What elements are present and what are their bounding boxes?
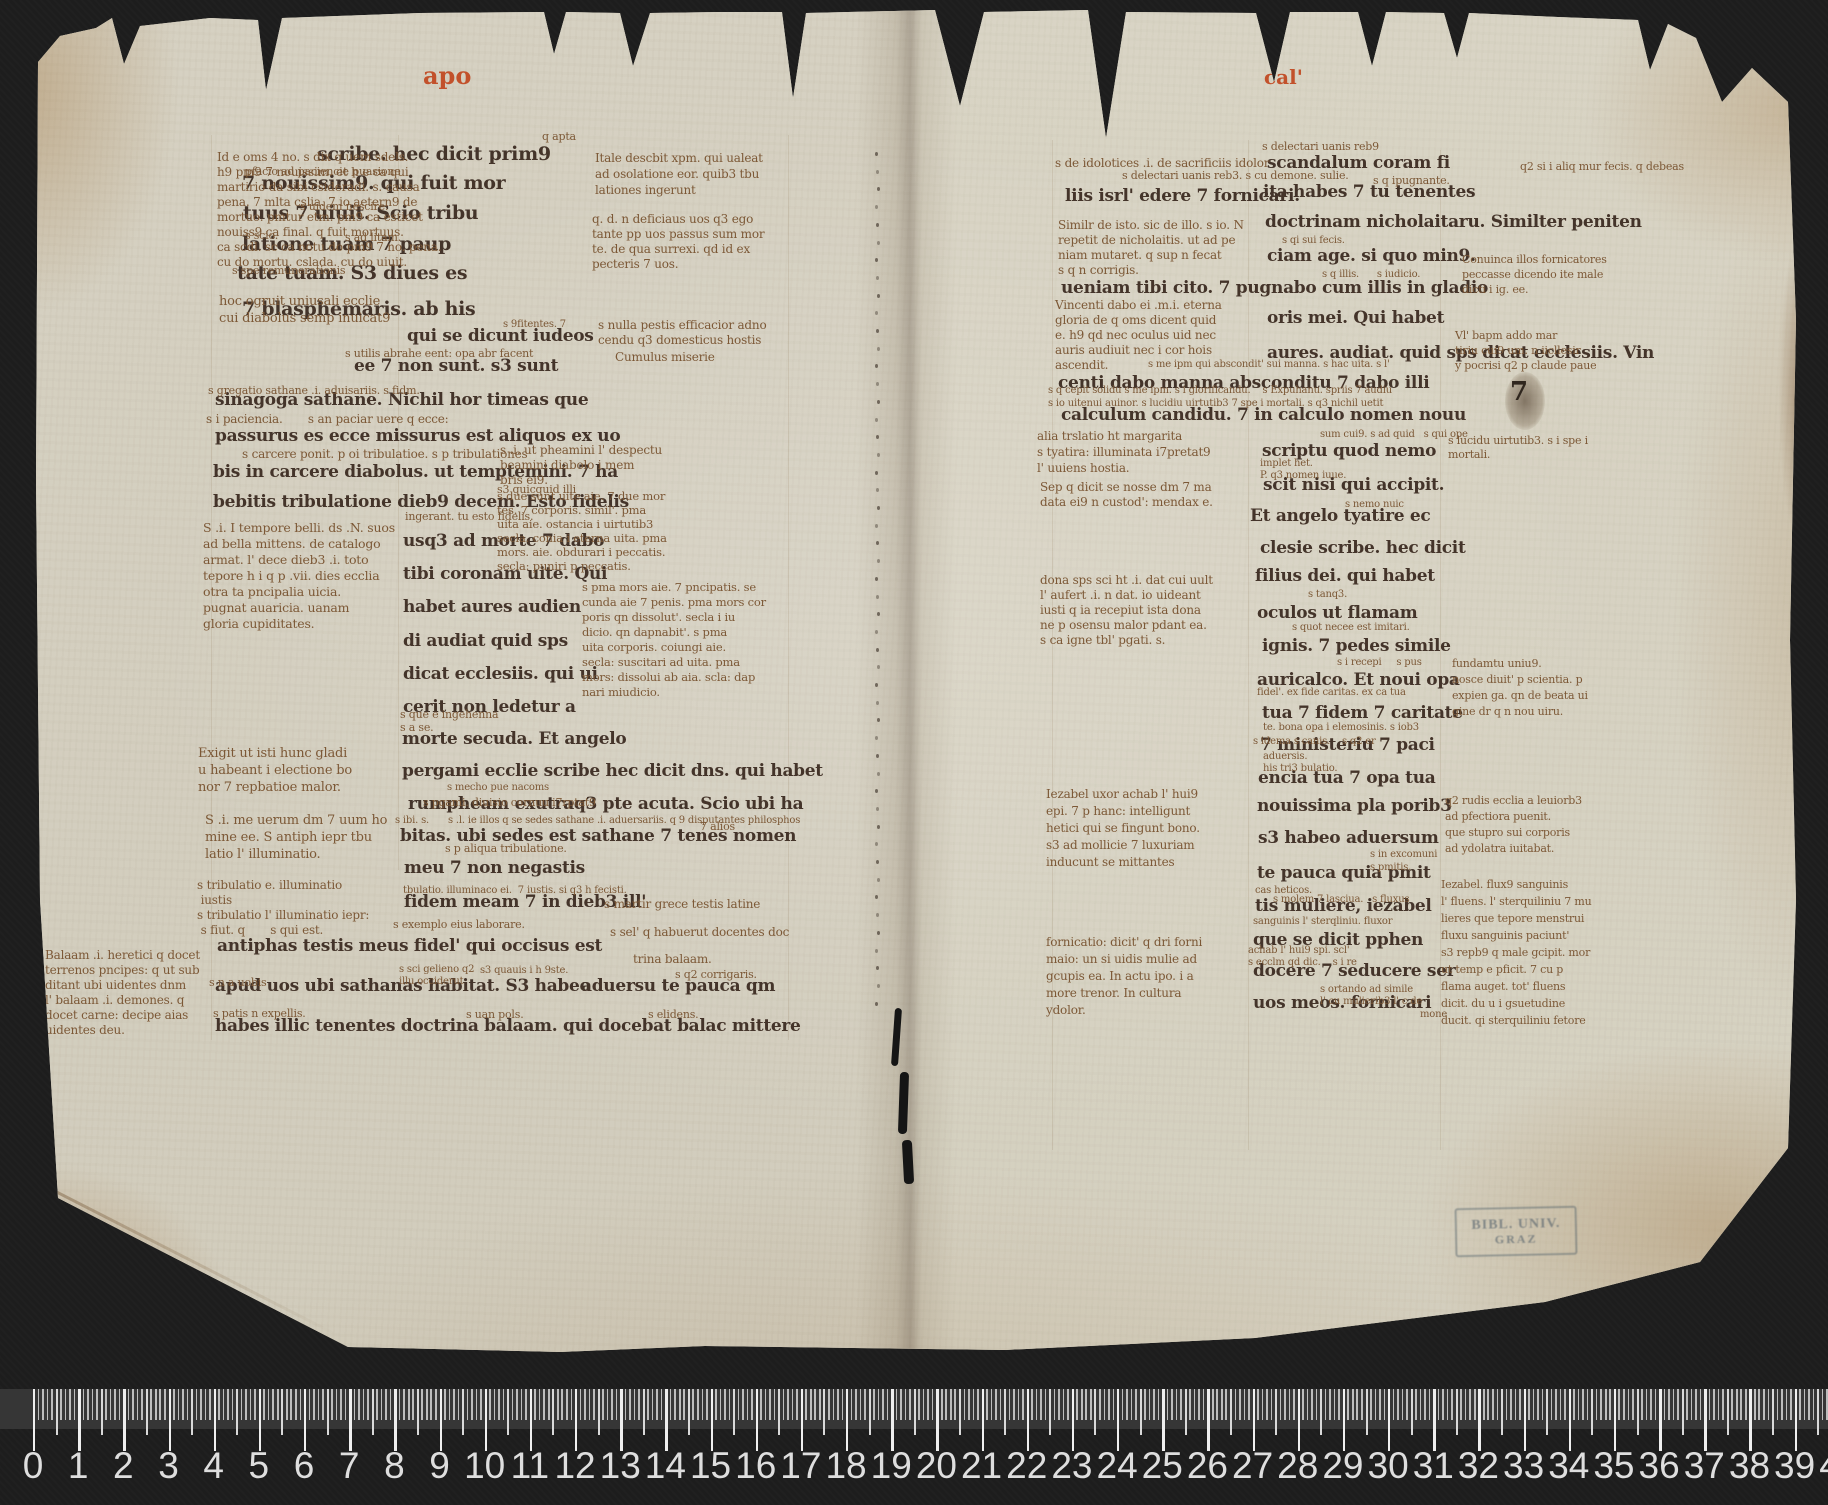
ruler-tick [1749, 1389, 1751, 1451]
ruler-tick [1465, 1389, 1467, 1420]
ruler-tick [290, 1389, 292, 1420]
ruler-tick [1248, 1389, 1250, 1420]
ruler-tick [837, 1389, 839, 1420]
ruler-tick [178, 1389, 180, 1420]
parchment-bifolium: BIBL. UNIV. GRAZ apocal'scribe. hec dici… [0, 0, 1828, 1505]
ruler-tick [1090, 1389, 1092, 1420]
ruler-tick [851, 1389, 853, 1420]
ruler-tick [281, 1389, 283, 1435]
pricking-dot [876, 807, 879, 811]
ruler-tick [774, 1389, 776, 1420]
ruler-tick [724, 1389, 726, 1420]
ruler-tick [1298, 1389, 1300, 1451]
ruler-tick [1483, 1389, 1485, 1420]
ruler-tick [941, 1389, 943, 1420]
ruler-tick [1203, 1389, 1205, 1420]
ruler-tick [336, 1389, 338, 1420]
ruler-tick [1772, 1389, 1774, 1435]
main-text-line: filius dei. qui habet [1255, 566, 1435, 586]
ruler-tick [1072, 1389, 1074, 1451]
ruler-tick [1171, 1389, 1173, 1420]
ruler-tick [1221, 1389, 1223, 1420]
ruler-tick [729, 1389, 731, 1420]
ruler-tick [1605, 1389, 1607, 1420]
ruler-number: 6 [294, 1445, 315, 1487]
ruler-tick [1275, 1389, 1277, 1435]
pricking-dot [877, 294, 880, 298]
ruler-tick [611, 1389, 613, 1420]
gloss-text: S .i. me uerum dm 7 uum ho mine ee. S an… [205, 812, 387, 863]
ruler-tick [1564, 1389, 1566, 1420]
ruler-tick [905, 1389, 907, 1420]
ruler-tick [1126, 1389, 1128, 1420]
ruler-tick [842, 1389, 844, 1420]
gloss-text: fundamtu uniu9. nosce diuit' p scientia.… [1452, 656, 1588, 720]
ruler-tick [1031, 1389, 1033, 1420]
ruler-tick [923, 1389, 925, 1420]
ruler-tick [1307, 1389, 1309, 1420]
pricking-dot [877, 772, 880, 776]
ruler-number: 37 [1684, 1445, 1725, 1487]
ruler-tick [1180, 1389, 1182, 1420]
ruler-tick [864, 1389, 866, 1420]
ruler-tick [1497, 1389, 1499, 1420]
ruler-tick [593, 1389, 595, 1420]
gloss-text: implet het. P. q3 nomen iuue. [1260, 458, 1346, 482]
gloss-text: Vl' bapm addo mar tiriu cui9 um. n iicll… [1455, 328, 1596, 373]
main-text-line: oris mei. Qui habet [1267, 308, 1444, 328]
ruler-number: 26 [1187, 1445, 1228, 1487]
ruler-tick [1506, 1389, 1508, 1420]
ruler-tick [1691, 1389, 1693, 1420]
ruler-tick [1216, 1389, 1218, 1420]
ruler-tick [760, 1389, 762, 1420]
ruler-tick [1280, 1389, 1282, 1420]
ruler-tick [1542, 1389, 1544, 1420]
ruler-number: 24 [1097, 1445, 1138, 1487]
ruler-number: 10 [464, 1445, 505, 1487]
gloss-text: fidel'. ex fide caritas. ex ca tua [1257, 686, 1406, 699]
ruler-number: 4 [203, 1445, 224, 1487]
ruler-tick [1582, 1389, 1584, 1420]
ruler-tick [372, 1389, 374, 1435]
ruler-tick [584, 1389, 586, 1420]
ruler-tick [259, 1389, 261, 1451]
ruler-tick [1176, 1389, 1178, 1420]
ruler-tick [218, 1389, 220, 1420]
pricking-dot [875, 683, 878, 687]
ruler-tick [503, 1389, 505, 1420]
gloss-text: s ad litam. [345, 231, 401, 245]
ruler-tick [47, 1389, 49, 1420]
ruler-tick [146, 1389, 148, 1435]
pricking-dot [875, 577, 878, 581]
ruler-tick [1379, 1389, 1381, 1420]
ruler-tick [87, 1389, 89, 1420]
ruler-tick [1153, 1389, 1155, 1420]
ruler-tick [101, 1389, 103, 1435]
ruler-tick [489, 1389, 491, 1420]
gloss-text: s uidem nescire: [300, 200, 388, 214]
ruler-tick [557, 1389, 559, 1420]
ruler-tick [1795, 1389, 1797, 1451]
ruler-tick [1343, 1389, 1345, 1451]
ruler-tick [656, 1389, 658, 1420]
ruler-tick [1609, 1389, 1611, 1420]
ruler-tick [1284, 1389, 1286, 1420]
ruler-tick [507, 1389, 509, 1435]
gloss-text: s idema s canis. s q2 er [1253, 735, 1376, 748]
gloss-text: s spe remunerationis [232, 264, 345, 278]
ruler-tick [236, 1389, 238, 1435]
ruler-tick [69, 1389, 71, 1420]
ruler-tick [534, 1389, 536, 1420]
ruler-tick [1659, 1389, 1661, 1451]
ruler-tick [787, 1389, 789, 1420]
ruler-tick [638, 1389, 640, 1420]
ruler-tick [1004, 1389, 1006, 1435]
ruler-tick [1736, 1389, 1738, 1420]
ruler-tick [1329, 1389, 1331, 1420]
ruler-tick [855, 1389, 857, 1420]
gloss-text: s lucidu uirtutib3. s i spe i mortali. [1448, 434, 1588, 462]
ruler-tick [1420, 1389, 1422, 1420]
ruler-tick [141, 1389, 143, 1420]
ruler-tick [340, 1389, 342, 1420]
ruler-tick [647, 1389, 649, 1420]
pricking-dot [876, 701, 879, 705]
ruler-tick [801, 1389, 803, 1451]
ruler-number: 23 [1051, 1445, 1092, 1487]
ruler-tick [1289, 1389, 1291, 1420]
ruler-tick [1189, 1389, 1191, 1420]
ruler-tick [182, 1389, 184, 1420]
gloss-text: s nulla pestis efficacior adno cendu q3 … [598, 318, 766, 348]
ruler-tick [1817, 1389, 1819, 1435]
ruler-tick [159, 1389, 161, 1420]
gloss-text: s i paciencia. s an paciar uere q ecce: [206, 412, 449, 427]
ruler-tick [345, 1389, 347, 1420]
gloss-text: s q2 corrigaris. [675, 968, 757, 982]
ruler-tick [756, 1389, 758, 1451]
ruler-tick [1302, 1389, 1304, 1420]
ruler-tick [959, 1389, 961, 1435]
ruler-tick [1790, 1389, 1792, 1420]
ruler-tick [1149, 1389, 1151, 1420]
gloss-text: s ibi. s. [395, 814, 429, 827]
ruler-tick [105, 1389, 107, 1420]
ruler-tick [367, 1389, 369, 1420]
gloss-text: Conuinca illos fornicatores peccasse dic… [1462, 252, 1607, 297]
ruler-tick [1239, 1389, 1241, 1420]
gloss-text: s delectari uanis reb9 [1262, 140, 1379, 154]
ruler-tick [1352, 1389, 1354, 1420]
ruler-tick [440, 1389, 442, 1451]
ruler-tick [629, 1389, 631, 1420]
ruler-number: 8 [384, 1445, 405, 1487]
ruler-tick [1018, 1389, 1020, 1420]
ruler-tick [580, 1389, 582, 1420]
ruler-tick [1587, 1389, 1589, 1420]
ruler-tick [1677, 1389, 1679, 1420]
ruler-tick [1415, 1389, 1417, 1420]
ruler-tick [123, 1389, 125, 1451]
ruler-tick [918, 1389, 920, 1420]
ruler-tick [476, 1389, 478, 1420]
ruler-tick [679, 1389, 681, 1420]
ruler-tick [1768, 1389, 1770, 1420]
ruler-tick [1524, 1389, 1526, 1451]
ruler-tick [399, 1389, 401, 1420]
ruler-tick [1533, 1389, 1535, 1420]
pricking-dot [877, 878, 880, 882]
ruler-tick [322, 1389, 324, 1420]
ruler-tick [1253, 1389, 1255, 1451]
ruler-tick [1433, 1389, 1435, 1451]
ruler-tick [318, 1389, 320, 1420]
gloss-text: s q ipugnante. [1373, 174, 1450, 188]
ruler-tick [516, 1389, 518, 1420]
gloss-text: q2 si i aliq mur fecis. q debeas [1520, 160, 1684, 174]
ruler-tick [1230, 1389, 1232, 1435]
ruler-tick [1334, 1389, 1336, 1420]
ruler-tick [209, 1389, 211, 1420]
ruler-tick [769, 1389, 771, 1420]
ruler-tick [607, 1389, 609, 1420]
ruler-tick [602, 1389, 604, 1420]
gloss-text: s martir grece testis latine [604, 897, 760, 912]
ruler-tick [1316, 1389, 1318, 1420]
gloss-text: s pgami. diuisio cornuu i7rptat9 [423, 796, 596, 810]
ruler-number: 15 [690, 1445, 731, 1487]
ruler-tick [394, 1389, 396, 1451]
pricking-dot [876, 170, 879, 174]
ruler-tick [1424, 1389, 1426, 1420]
gloss-text: s tanq3. [1308, 588, 1347, 601]
ruler-tick [833, 1389, 835, 1420]
ruler-tick [1646, 1389, 1648, 1420]
ruler-tick [1515, 1389, 1517, 1420]
ruler-tick [1510, 1389, 1512, 1420]
pricking-dot [877, 400, 880, 404]
ruler-tick [363, 1389, 365, 1420]
ruler-tick [1162, 1389, 1164, 1451]
ruler-tick [1695, 1389, 1697, 1420]
ruler-tick [1469, 1389, 1471, 1420]
ruler-tick [1076, 1389, 1078, 1420]
ruler-tick [720, 1389, 722, 1420]
main-text-line: pergami ecclie scribe hec dicit dns. qui… [402, 761, 823, 781]
ruler-tick [543, 1389, 545, 1420]
ruler-tick [1614, 1389, 1616, 1451]
ruler-tick [1492, 1389, 1494, 1420]
ruler-tick [169, 1389, 171, 1451]
ruler-tick [1293, 1389, 1295, 1420]
ruler-tick [1402, 1389, 1404, 1420]
ruler-tick [964, 1389, 966, 1420]
gloss-text: s utilis abrahe eent: opa abr facent [345, 347, 533, 361]
ruler-tick [665, 1389, 667, 1451]
ruler-tick [354, 1389, 356, 1420]
edge-stain [1778, 240, 1812, 540]
ruler-tick [1067, 1389, 1069, 1420]
ruler-tick [525, 1389, 527, 1420]
ruler-tick [1451, 1389, 1453, 1420]
ruler-number: 12 [554, 1445, 595, 1487]
ruler-tick [1406, 1389, 1408, 1420]
ruler-tick [164, 1389, 166, 1420]
ruler-tick [1131, 1389, 1133, 1420]
ruler-tick [1596, 1389, 1598, 1420]
gloss-text: sum cui9. s ad quid s qui ope [1320, 428, 1468, 441]
ruler-number: 29 [1322, 1445, 1363, 1487]
ruler-number: 38 [1729, 1445, 1770, 1487]
ruler-number: 19 [871, 1445, 912, 1487]
ruler-number: 28 [1277, 1445, 1318, 1487]
ruler-tick [200, 1389, 202, 1420]
ruler-number: 25 [1142, 1445, 1183, 1487]
ruler-tick [1122, 1389, 1124, 1420]
pricking-dot [877, 347, 880, 351]
ruler-tick [873, 1389, 875, 1420]
ruler-tick [575, 1389, 577, 1451]
ruler-tick [304, 1389, 306, 1451]
ruler-tick [1397, 1389, 1399, 1420]
ruler-tick [381, 1389, 383, 1420]
ruler-tick [747, 1389, 749, 1420]
ruler-tick [430, 1389, 432, 1420]
gloss-text: q. d. n deficiaus uos q3 ego tante pp uo… [592, 212, 764, 272]
ruler-number: 2 [113, 1445, 134, 1487]
main-text-line: nouissima pla porib3 [1257, 796, 1452, 816]
ruler-tick [1704, 1389, 1706, 1451]
pricking-dot [877, 984, 880, 988]
ruler-tick [137, 1389, 139, 1420]
ruler-tick [38, 1389, 40, 1420]
ruler-tick [1085, 1389, 1087, 1420]
ruler-tick [1591, 1389, 1593, 1435]
ruler-number: 0 [23, 1445, 44, 1487]
ruler-tick [1758, 1389, 1760, 1420]
ruler-tick [1713, 1389, 1715, 1420]
ruler-tick [945, 1389, 947, 1420]
ruler-tick [783, 1389, 785, 1420]
ruler-tick [1569, 1389, 1571, 1451]
ruler-tick [702, 1389, 704, 1420]
ruler-tick [1709, 1389, 1711, 1420]
ruler-tick [110, 1389, 112, 1420]
ruler-number: 5 [249, 1445, 270, 1487]
ruler-tick [444, 1389, 446, 1420]
ruler-tick [1000, 1389, 1002, 1420]
ruler-tick [982, 1389, 984, 1451]
ruler-tick [860, 1389, 862, 1420]
ruler-tick [132, 1389, 134, 1420]
gloss-text: s3 quauis i h 9ste. [480, 964, 568, 977]
ruler-tick [1682, 1389, 1684, 1435]
gloss-text: s due sunt uite aie. 7 due mor tes. 7 co… [497, 489, 667, 573]
ruler-tick [1194, 1389, 1196, 1420]
ruler-tick [909, 1389, 911, 1420]
ruler-tick [1045, 1389, 1047, 1420]
main-text-line: ciam age. si quo min9. [1267, 246, 1476, 266]
ruler-tick [566, 1389, 568, 1420]
gloss-text: aduersis. his tri3 bulatio. [1263, 751, 1337, 775]
ruler-tick [616, 1389, 618, 1420]
ruler-tick [426, 1389, 428, 1420]
ruler-tick [936, 1389, 938, 1451]
ruler-tick [1641, 1389, 1643, 1420]
ruler-tick [1578, 1389, 1580, 1420]
ruler-tick [814, 1389, 816, 1420]
gloss-text: Similr de isto. sic de illo. s io. N rep… [1058, 218, 1244, 278]
gloss-text: Cumulus miserie [615, 350, 715, 365]
ruling-line [788, 135, 789, 1040]
ruler-tick [706, 1389, 708, 1420]
ruler-tick [1763, 1389, 1765, 1420]
ruler-number: 7 [339, 1445, 360, 1487]
gloss-text: te. bona opa i elemosinis. s iob3 [1263, 721, 1419, 734]
gloss-text: Itale descbit xpm. qui ualeat ad osolati… [595, 150, 763, 198]
gloss-text: s delectari uanis reb3. s cu demone. sul… [1122, 169, 1349, 183]
ruler-tick [1460, 1389, 1462, 1420]
gloss-text: s exemplo eius laborare. [393, 918, 525, 932]
ruler-tick [1664, 1389, 1666, 1420]
ruler-tick [805, 1389, 807, 1420]
ruler-tick [552, 1389, 554, 1435]
ruler-tick [539, 1389, 541, 1420]
ruler-tick [83, 1389, 85, 1420]
ruler-tick [1777, 1389, 1779, 1420]
ruler-tick [1799, 1389, 1801, 1420]
ruler-tick [78, 1389, 80, 1451]
ruler-tick [254, 1389, 256, 1420]
ruler-tick [914, 1389, 916, 1435]
gloss-text: s elidens. [648, 1008, 698, 1022]
ruler-tick [927, 1389, 929, 1420]
ruler-tick [1623, 1389, 1625, 1420]
ruler-tick [954, 1389, 956, 1420]
running-title: cal' [1264, 66, 1303, 89]
ruler-tick [1099, 1389, 1101, 1420]
gloss-text: q apta [542, 130, 576, 144]
ruler-tick [1384, 1389, 1386, 1420]
ruler-tick [1781, 1389, 1783, 1420]
ruler-tick [358, 1389, 360, 1420]
pricking-dot [876, 223, 879, 227]
gloss-text: s uan pols. [466, 1008, 524, 1022]
ruler-tick [991, 1389, 993, 1420]
ruler-tick [1411, 1389, 1413, 1435]
gloss-text: s tribulatio e. illuminatio iustis s tri… [197, 878, 369, 938]
ruler-tick [241, 1389, 243, 1420]
ruler-tick [968, 1389, 970, 1420]
gloss-text: achab l' hui9 spi. scl' s ecclm qd dic. … [1248, 945, 1357, 969]
ruler-tick [1618, 1389, 1620, 1420]
gloss-text: Iezabel. flux9 sanguinis l' fluens. l' s… [1441, 876, 1592, 1029]
ruler-tick [205, 1389, 207, 1420]
pricking-dot [875, 471, 878, 475]
ruler-tick [1560, 1389, 1562, 1420]
ruler-tick [1718, 1389, 1720, 1420]
pricking-dot [875, 524, 878, 528]
ruler-tick [1637, 1389, 1639, 1435]
ruler-tick [1700, 1389, 1702, 1420]
pricking-dot [877, 241, 880, 245]
ruler-tick [683, 1389, 685, 1420]
ruler-tick [1722, 1389, 1724, 1420]
ruler-tick [232, 1389, 234, 1420]
